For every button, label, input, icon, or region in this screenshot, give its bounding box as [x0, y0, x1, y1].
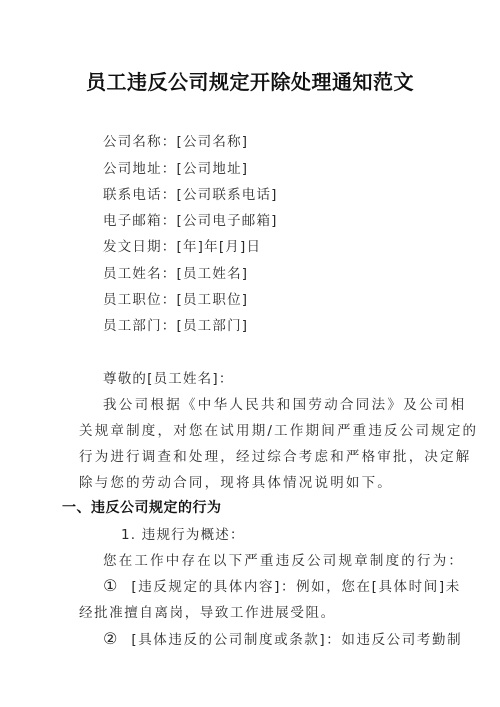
item-1-text: [违反规定的具体内容]：例如，您在[具体时间]未: [131, 579, 460, 595]
info-company-phone: 联系电话：[公司联系电话]: [103, 183, 278, 203]
intro-line-1: 我公司根据《中华人民共和国劳动合同法》及公司相: [103, 393, 453, 413]
section-lead: 您在工作中存在以下严重违反公司规章制度的行为：: [103, 549, 464, 569]
intro-line-4: 除与您的劳动合同，现将具体情况说明如下。: [79, 471, 429, 491]
document-page: 员工违反公司规定开除处理通知范文 公司名称：[公司名称] 公司地址：[公司地址]…: [0, 0, 500, 707]
info-employee-position: 员工职位：[员工职位]: [103, 288, 248, 308]
info-employee-department: 员工部门：[员工部门]: [103, 314, 248, 334]
item-2-marker: ②: [103, 629, 117, 648]
info-employee-name: 员工姓名：[员工姓名]: [103, 262, 248, 282]
info-company-address: 公司地址：[公司地址]: [103, 157, 248, 177]
info-issue-date: 发文日期：[年]年[月]日: [103, 235, 261, 255]
info-company-name: 公司名称：[公司名称]: [103, 130, 248, 150]
section-subheading: 1. 违规行为概述：: [121, 523, 245, 543]
salutation: 尊敬的[员工姓名]：: [103, 367, 234, 387]
item-2-text: [具体违反的公司制度或条款]：如违反公司考勤制: [131, 632, 462, 648]
section-heading: 一、违反公司规定的行为: [62, 497, 222, 517]
intro-line-2: 关规章制度，对您在试用期/工作期间严重违反公司规定的: [79, 419, 429, 439]
info-company-email: 电子邮箱：[公司电子邮箱]: [103, 209, 278, 229]
item-1-continuation: 经批准擅自离岗，导致工作进展受阻。: [79, 601, 429, 621]
item-1-marker: ①: [103, 576, 117, 595]
intro-line-3: 行为进行调查和处理，经过综合考虑和严格审批，决定解: [79, 445, 429, 465]
item-1: ①[违反规定的具体内容]：例如，您在[具体时间]未: [103, 575, 461, 595]
document-title: 员工违反公司规定开除处理通知范文: [0, 66, 500, 95]
item-2: ②[具体违反的公司制度或条款]：如违反公司考勤制: [103, 628, 462, 648]
